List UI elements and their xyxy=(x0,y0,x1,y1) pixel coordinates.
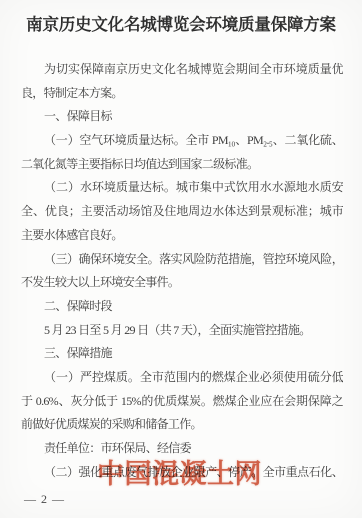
body-line: 不发生较大以上环境安全事件。 xyxy=(21,271,343,295)
body-line: 为切实保障南京历史文化名城博览会期间全市环境质量优 xyxy=(21,58,343,82)
section-heading: 一、保障目标 xyxy=(21,105,343,129)
body-line: （一）严控煤质。全市范围内的燃煤企业必须使用硫分低 xyxy=(21,366,343,390)
body-line: 二氧化氮等主要指标日均值达到国家二级标准。 xyxy=(21,153,343,177)
document-title: 南京历史文化名城博览会环境质量保障方案 xyxy=(0,11,362,35)
body-line: （一）空气环境质量达标。全市 PM₁₀、PM₂.₅、二氧化硫、 xyxy=(21,129,343,153)
body-line: （二）水环境质量达标。城市集中式饮用水水源地水质安 xyxy=(21,176,343,200)
body-line: 责任单位：市环保局、经信委 xyxy=(21,437,343,461)
section-heading: 二、保障时段 xyxy=(21,295,343,319)
document-page: 南京历史文化名城博览会环境质量保障方案 为切实保障南京历史文化名城博览会期间全市… xyxy=(0,0,362,518)
body-line: （三）确保环境安全。落实风险防范措施，管控环境风险， xyxy=(21,248,343,272)
body-line: 良，特制定本方案。 xyxy=(21,82,343,106)
body-line: 主要水体感官良好。 xyxy=(21,224,343,248)
section-heading: 三、保障措施 xyxy=(21,342,343,366)
body-line: 全、优良；主要活动场馆及住地周边水体达到景观标准；城市 xyxy=(21,200,343,224)
body-line: 前做好优质煤炭的采购和储备工作。 xyxy=(21,413,343,437)
page-number: — 2 — xyxy=(24,492,65,507)
document-body: 为切实保障南京历史文化名城博览会期间全市环境质量优 良，特制定本方案。 一、保障… xyxy=(21,58,343,484)
body-line: 于 0.6%、灰分低于 15%的优质煤炭。燃煤企业应在会期保障之 xyxy=(21,390,343,414)
body-line: 5 月 23 日至 5 月 29 日（共 7 天），全面实施管控措施。 xyxy=(21,319,343,343)
body-line: （二）强化重点废气排放企业限产、停产。全市重点石化、 xyxy=(21,461,343,485)
